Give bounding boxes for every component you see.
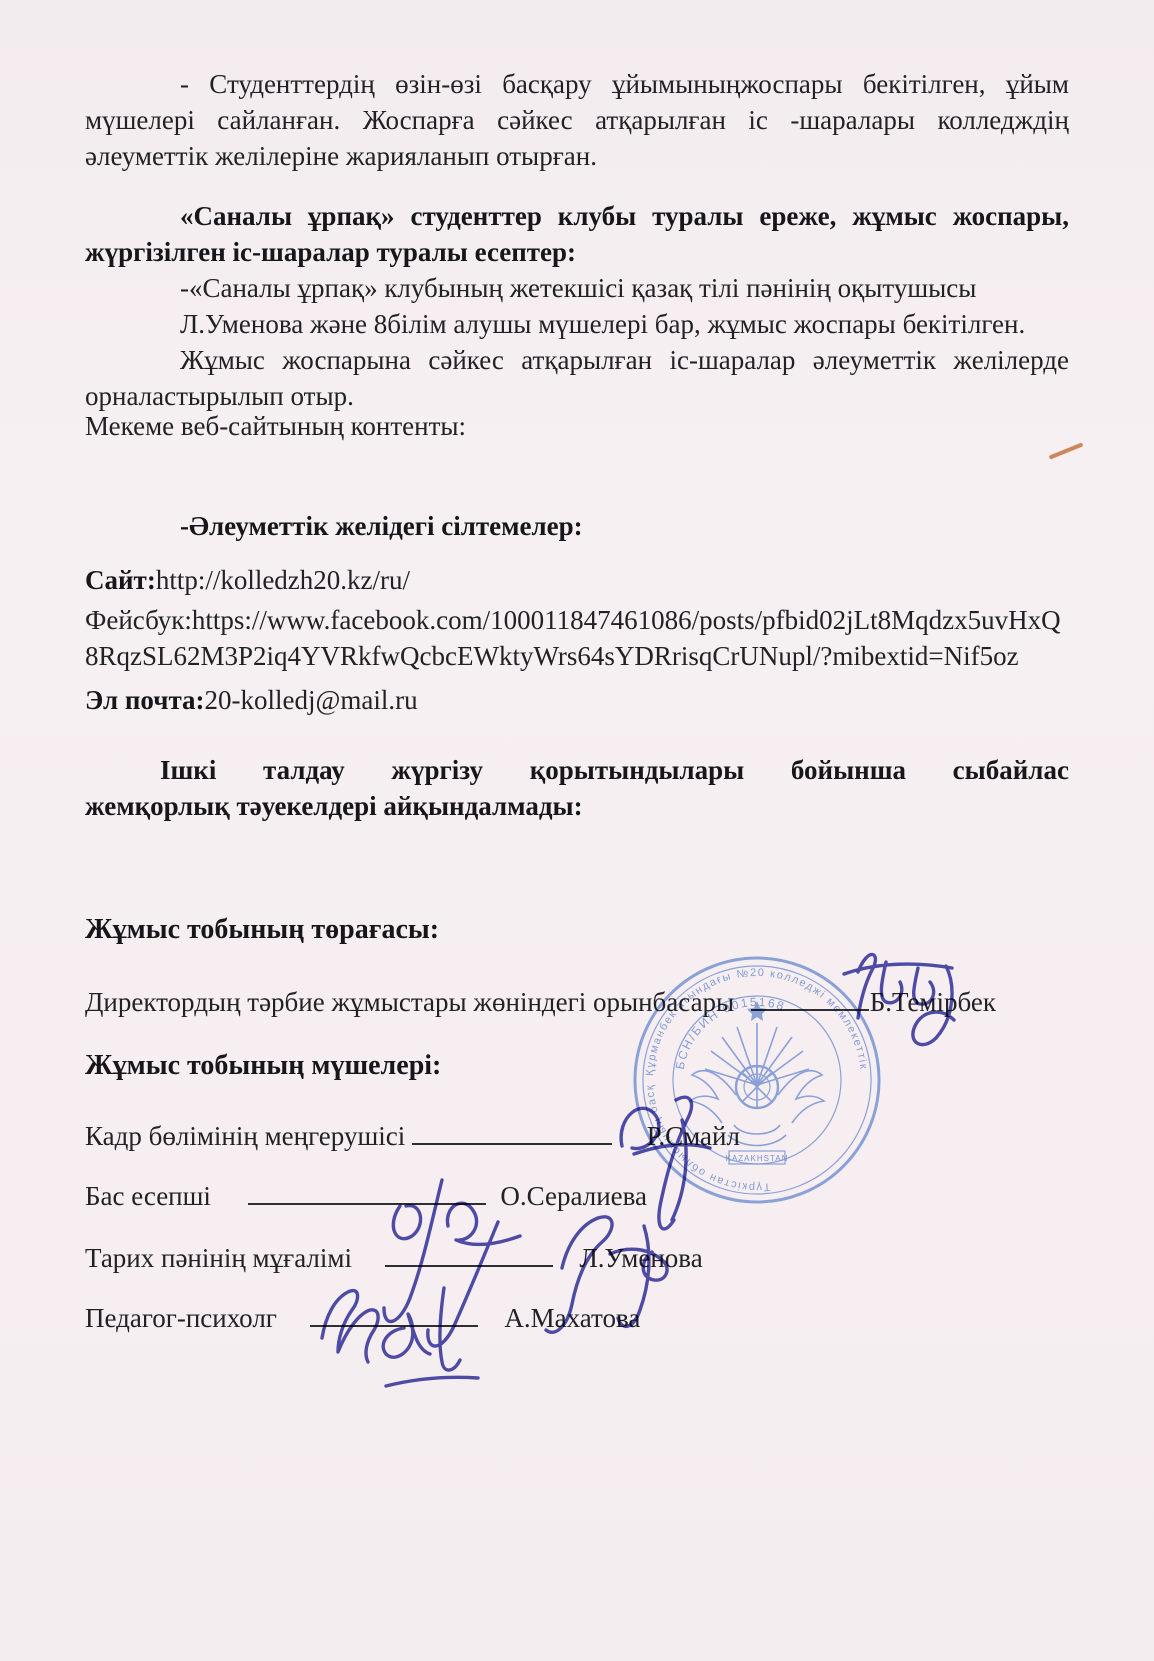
member-role-label: Педагог-психолг (85, 1303, 277, 1333)
link-row-site: Сайт:http://kolledzh20.kz/ru/ (85, 562, 1069, 598)
conclusion-word: талдау (263, 752, 345, 788)
heading-working-group-chair: Жұмыс тобының төрағасы: (85, 912, 1069, 948)
paragraph-club-members: Л.Уменова және 8білім алушы мүшелері бар… (85, 306, 1069, 342)
conclusion-word: қорытындылары (530, 752, 745, 788)
heading-working-group-members: Жұмыс тобының мүшелері: (85, 1048, 1069, 1084)
signature-line (248, 1177, 486, 1205)
official-stamp: Құрманбек атындағы №20 колледжі мемлекет… (612, 935, 902, 1225)
pen-mark-artifact (1049, 442, 1084, 459)
email-label: Эл почта: (85, 685, 205, 715)
stamp-bin-text: БСН/БИН 0015168 (673, 995, 788, 1071)
conclusion-line-2: жемқорлық тәуекелдері айқындалмады: (85, 788, 1069, 824)
member-role-label: Кадр бөлімінің меңгерушісі (85, 1121, 405, 1151)
signature-line (310, 1299, 478, 1327)
signature-line (412, 1117, 612, 1145)
conclusion-block: Ішкі талдау жүргізу қорытындылары бойынш… (85, 752, 1069, 824)
conclusion-line-1: Ішкі талдау жүргізу қорытындылары бойынш… (85, 752, 1069, 788)
heading-social-links: -Әлеуметтік желідегі сілтемелер: (85, 508, 1069, 544)
email-value: 20-kolledj@mail.ru (205, 685, 418, 715)
member-role-label: Тарих пәнінің мұғалімі (85, 1243, 352, 1273)
conclusion-word: сыбайлас (953, 752, 1069, 788)
paragraph-website-content: Мекеме веб-сайтының контенты: (85, 408, 1069, 444)
stamp-svg: Құрманбек атындағы №20 колледжі мемлекет… (612, 935, 902, 1225)
facebook-label: Фейсбук: (85, 605, 192, 635)
heading-sanaly-urpaq-club: «Саналы ұрпақ» студенттер клубы туралы е… (85, 198, 1069, 270)
link-row-facebook: Фейсбук:https://www.facebook.com/1000118… (85, 602, 1069, 674)
member-role-label: Бас есепші (85, 1181, 211, 1211)
paragraph-club-leader: -«Саналы ұрпақ» клубының жетекшісі қазақ… (85, 270, 1069, 306)
paragraph-student-self-government: - Студенттердің өзін-өзі басқару ұйымыны… (85, 66, 1069, 174)
facebook-url: https://www.facebook.com/100011847461086… (85, 605, 1061, 671)
conclusion-word: жүргізу (391, 752, 483, 788)
conclusion-word: бойынша (791, 752, 906, 788)
paragraph-club-plan: Жұмыс жоспарына сәйкес атқарылған іс-шар… (85, 342, 1069, 414)
signature-row-member: Бас есепші О.Сералиева (85, 1176, 647, 1216)
link-row-email: Эл почта:20-kolledj@mail.ru (85, 682, 1069, 718)
member-name: А.Махатова (504, 1303, 640, 1333)
member-name: Л.Уменова (579, 1243, 702, 1273)
conclusion-word: Ішкі (160, 752, 216, 788)
signature-line (385, 1239, 553, 1267)
stamp-emblem-caption: KAZAKHSTAN (726, 1154, 789, 1163)
site-label: Сайт: (85, 565, 156, 595)
scanned-document-page: - Студенттердің өзін-өзі басқару ұйымыны… (0, 0, 1154, 1661)
site-url: http://kolledzh20.kz/ru/ (156, 565, 410, 595)
signature-row-member: Педагог-психолг А.Махатова (85, 1298, 640, 1338)
signature-row-member: Тарих пәнінің мұғалімі Л.Уменова (85, 1238, 703, 1278)
